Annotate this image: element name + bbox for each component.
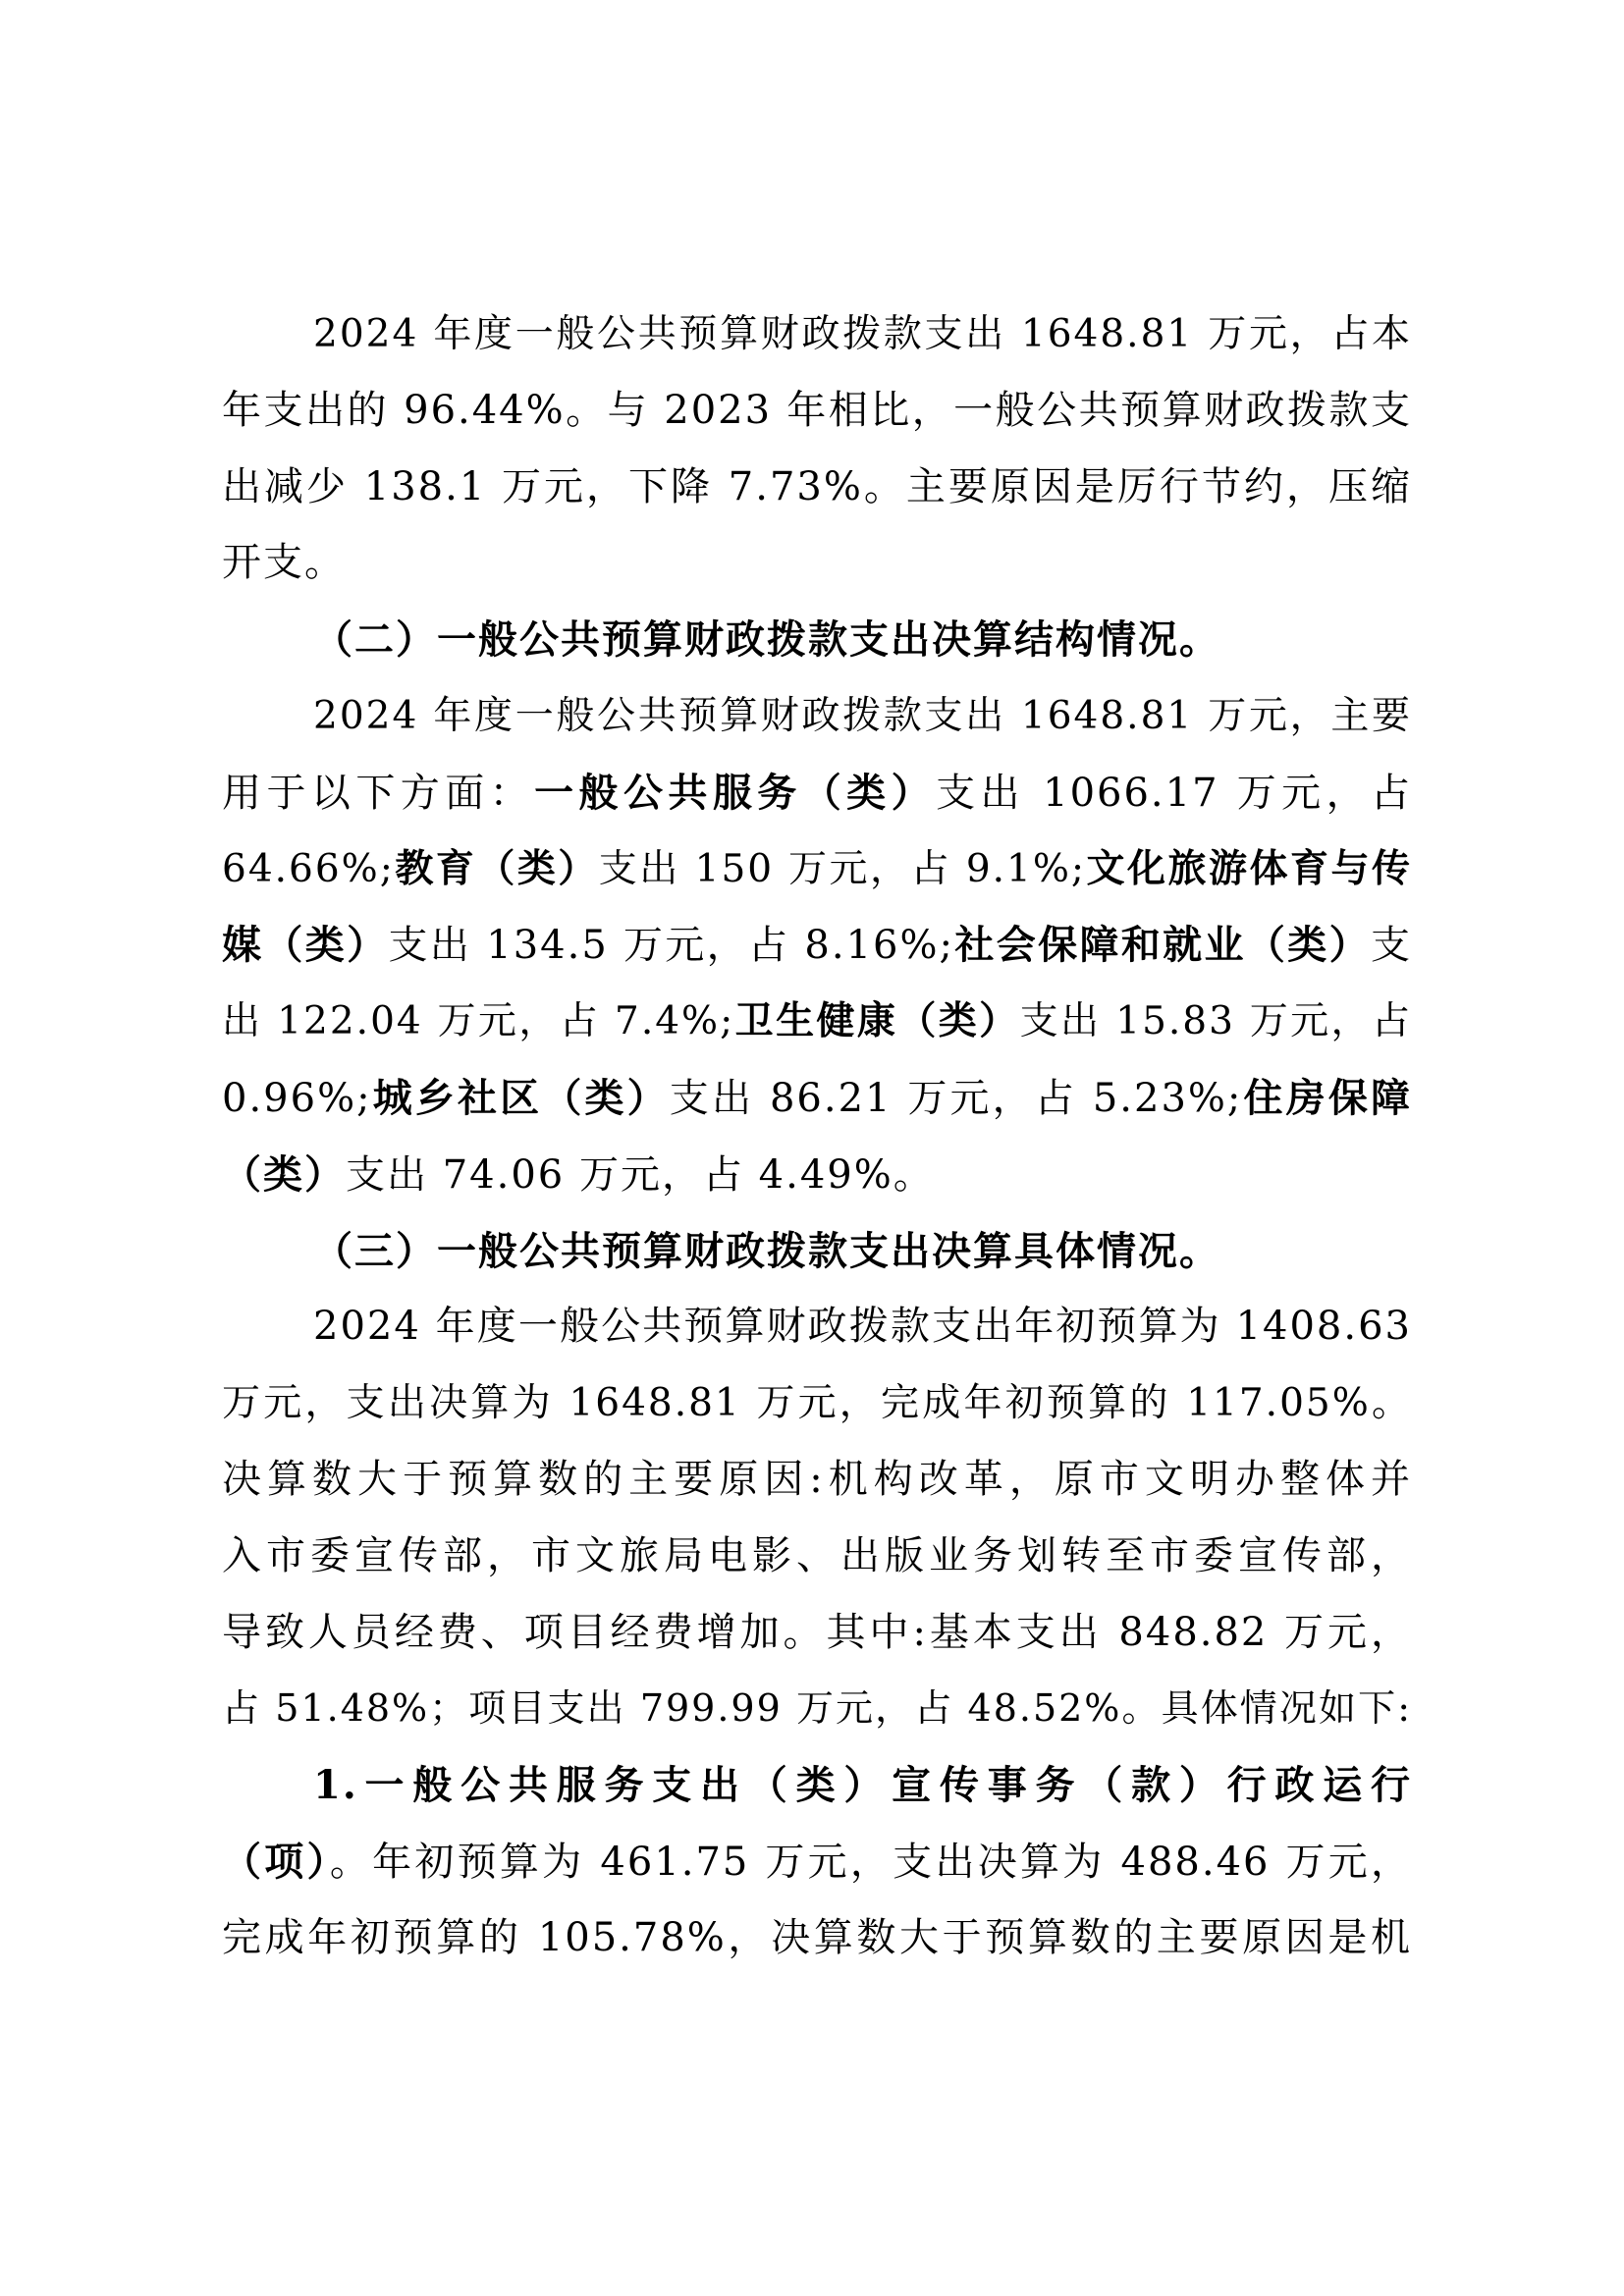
paragraph-line: 2024 年度一般公共预算财政拨款支出 1648.81 万元，主要: [222, 678, 1412, 755]
bold-text-segment: （项）: [222, 1839, 330, 1885]
text-segment: 出减少 138.1 万元，下降 7.73%。主要原因是厉行节约，压缩: [222, 464, 1412, 509]
text-segment: 导致人员经费、项目经费增加。其中:基本支出 848.82 万元，: [222, 1610, 1412, 1655]
bold-text-segment: 一般公共服务（类）: [534, 770, 936, 816]
bold-text-segment: （三）一般公共预算财政拨款支出决算具体情况。: [313, 1228, 1220, 1274]
section-heading-line: （三）一般公共预算财政拨款支出决算具体情况。: [222, 1213, 1412, 1290]
paragraph-line: 出 122.04 万元，占 7.4%;卫生健康（类）支出 15.83 万元，占: [222, 984, 1412, 1060]
text-segment: 开支。: [222, 540, 346, 585]
text-segment: 完成年初预算的 105.78%，决算数大于预算数的主要原因是机: [222, 1915, 1412, 1960]
paragraph-line: 万元，支出决算为 1648.81 万元，完成年初预算的 117.05%。: [222, 1365, 1412, 1442]
text-segment: 支: [1371, 923, 1412, 968]
text-segment: 万元，支出决算为 1648.81 万元，完成年初预算的 117.05%。: [222, 1381, 1412, 1425]
text-segment: 入市委宣传部，市文旅局电影、出版业务划转至市委宣传部，: [222, 1533, 1412, 1578]
paragraph-line: 年支出的 96.44%。与 2023 年相比，一般公共预算财政拨款支: [222, 373, 1412, 450]
paragraph-line: 2024 年度一般公共预算财政拨款支出年初预算为 1408.63: [222, 1289, 1412, 1365]
bold-text-segment: 社会保障和就业（类）: [954, 922, 1371, 968]
paragraph-line: 64.66%;教育（类）支出 150 万元，占 9.1%;文化旅游体育与传: [222, 831, 1412, 908]
paragraph-line: （项）。年初预算为 461.75 万元，支出决算为 488.46 万元，: [222, 1824, 1412, 1900]
bold-text-segment: 1.一般公共服务支出（类）宣传事务（款）行政运行: [313, 1762, 1412, 1808]
bold-text-segment: 卫生健康（类）: [734, 998, 1019, 1043]
bold-text-segment: 城乡社区（类）: [372, 1075, 670, 1121]
text-segment: 。年初预算为 461.75 万元，支出决算为 488.46 万元，: [330, 1840, 1412, 1885]
bold-text-segment: 教育（类）: [395, 846, 599, 891]
text-segment: 支出 86.21 万元，占 5.23%;: [670, 1076, 1243, 1121]
text-segment: 出 122.04 万元，占 7.4%;: [222, 999, 734, 1043]
paragraph-line: 用于以下方面：一般公共服务（类）支出 1066.17 万元，占: [222, 755, 1412, 831]
text-segment: 64.66%;: [222, 847, 395, 891]
paragraph-line: 决算数大于预算数的主要原因:机构改革，原市文明办整体并: [222, 1442, 1412, 1519]
document-page: 2024 年度一般公共预算财政拨款支出 1648.81 万元，占本年支出的 96…: [0, 0, 1624, 2296]
paragraph-line: （类）支出 74.06 万元，占 4.49%。: [222, 1137, 1412, 1213]
section-heading-line: （二）一般公共预算财政拨款支出决算结构情况。: [222, 602, 1412, 678]
text-segment: 支出 15.83 万元，占: [1020, 999, 1412, 1043]
bold-text-segment: 住房保障: [1242, 1075, 1412, 1121]
paragraph-line: 占 51.48%；项目支出 799.99 万元，占 48.52%。具体情况如下:: [222, 1671, 1412, 1747]
bold-text-segment: 媒（类）: [222, 922, 388, 968]
bold-text-segment: 文化旅游体育与传: [1086, 846, 1412, 891]
bold-text-segment: （类）: [222, 1151, 346, 1198]
text-segment: 用于以下方面：: [222, 771, 534, 816]
body-text: 2024 年度一般公共预算财政拨款支出 1648.81 万元，占本年支出的 96…: [222, 296, 1412, 1977]
section-heading-line: 1.一般公共服务支出（类）宣传事务（款）行政运行: [222, 1747, 1412, 1824]
text-segment: 决算数大于预算数的主要原因:机构改革，原市文明办整体并: [222, 1457, 1412, 1502]
text-segment: 2024 年度一般公共预算财政拨款支出年初预算为 1408.63: [313, 1304, 1412, 1349]
paragraph-line: 入市委宣传部，市文旅局电影、出版业务划转至市委宣传部，: [222, 1519, 1412, 1595]
paragraph-line: 出减少 138.1 万元，下降 7.73%。主要原因是厉行节约，压缩: [222, 450, 1412, 526]
text-segment: 支出 74.06 万元，占 4.49%。: [346, 1152, 935, 1198]
text-segment: 0.96%;: [222, 1076, 372, 1121]
text-segment: 2024 年度一般公共预算财政拨款支出 1648.81 万元，占本: [313, 312, 1412, 356]
text-segment: 支出 1066.17 万元，占: [936, 771, 1412, 816]
paragraph-line: 0.96%;城乡社区（类）支出 86.21 万元，占 5.23%;住房保障: [222, 1060, 1412, 1137]
text-segment: 支出 134.5 万元，占 8.16%;: [388, 923, 954, 968]
text-segment: 年支出的 96.44%。与 2023 年相比，一般公共预算财政拨款支: [222, 388, 1412, 433]
bold-text-segment: （二）一般公共预算财政拨款支出决算结构情况。: [313, 616, 1220, 663]
text-segment: 支出 150 万元，占 9.1%;: [599, 847, 1086, 891]
paragraph-line: 媒（类）支出 134.5 万元，占 8.16%;社会保障和就业（类）支: [222, 907, 1412, 984]
text-segment: 2024 年度一般公共预算财政拨款支出 1648.81 万元，主要: [313, 694, 1412, 738]
paragraph-line: 完成年初预算的 105.78%，决算数大于预算数的主要原因是机: [222, 1900, 1412, 1977]
paragraph-line: 导致人员经费、项目经费增加。其中:基本支出 848.82 万元，: [222, 1595, 1412, 1672]
text-segment: 占 51.48%；项目支出 799.99 万元，占 48.52%。具体情况如下:: [222, 1686, 1412, 1730]
paragraph-line: 2024 年度一般公共预算财政拨款支出 1648.81 万元，占本: [222, 296, 1412, 373]
paragraph-line: 开支。: [222, 525, 1412, 602]
